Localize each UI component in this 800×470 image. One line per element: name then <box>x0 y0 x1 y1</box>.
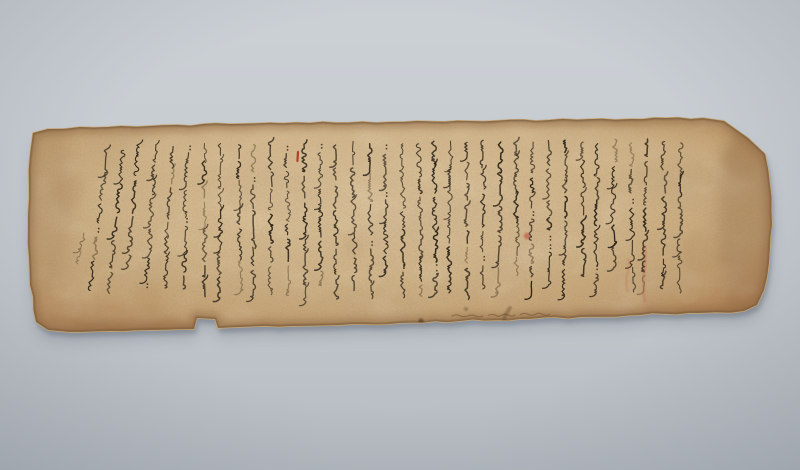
photo-of-manuscript <box>0 0 800 470</box>
paper-surface <box>15 105 798 350</box>
manuscript-photo-canvas <box>0 0 800 470</box>
